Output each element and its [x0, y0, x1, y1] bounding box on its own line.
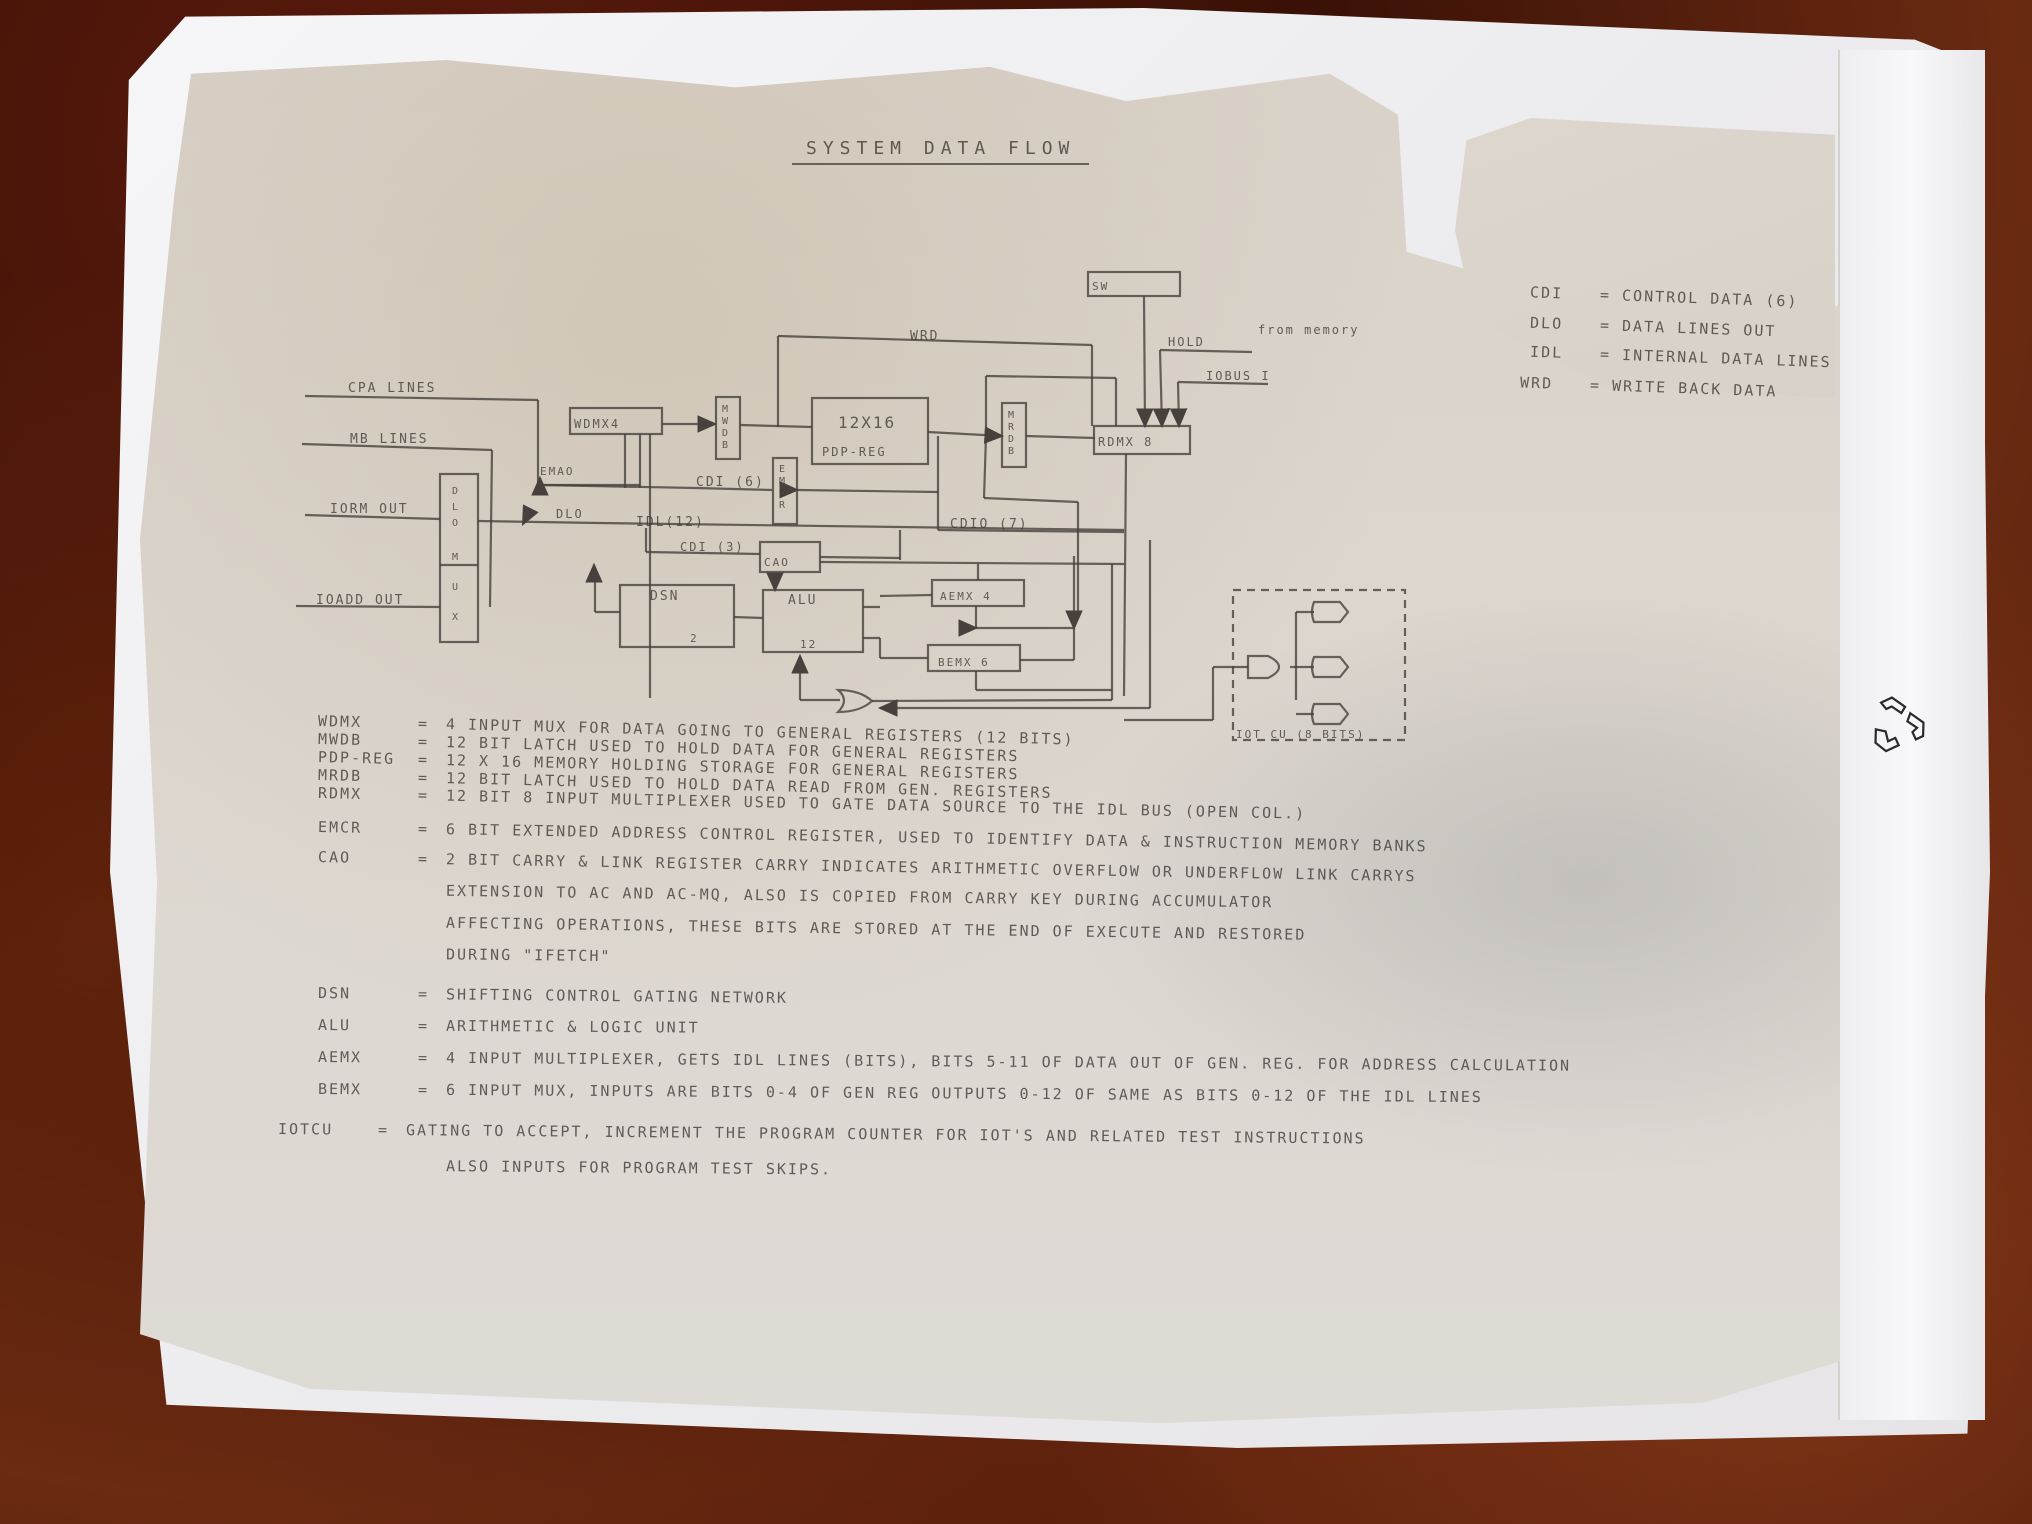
legend-desc: ARITHMETIC & LOGIC UNIT — [446, 1017, 700, 1037]
signal-label: IORM OUT — [330, 502, 409, 517]
svg-text:X: X — [452, 612, 460, 623]
legend-key: PDP-REG — [318, 748, 418, 768]
signal-label: IOBUS I — [1206, 369, 1271, 383]
svg-text:D: D — [452, 486, 460, 497]
signal-label: EMAO — [540, 465, 575, 478]
svg-text:E: E — [779, 464, 787, 475]
svg-text:U: U — [452, 582, 460, 593]
and-gate-icon — [1248, 656, 1279, 678]
block-label: 12 — [800, 638, 817, 651]
legend-desc: SHIFTING CONTROL GATING NETWORK — [446, 985, 788, 1007]
legend-block: WDMX=4 INPUT MUX FOR DATA GOING TO GENER… — [318, 712, 1738, 1174]
signal-label: CPA LINES — [348, 381, 436, 396]
legend-key: CAO — [318, 848, 418, 868]
svg-text:B: B — [722, 440, 730, 451]
and-gate-icon — [1312, 657, 1348, 677]
block-label: 12X16 — [838, 413, 896, 432]
signal-label: MB LINES — [350, 432, 429, 447]
legend-key: EMCR — [318, 818, 418, 838]
block-label: PDP-REG — [822, 445, 887, 459]
and-gate-icon — [1312, 602, 1348, 622]
svg-text:D: D — [722, 428, 730, 439]
signal-label: CDI (6) — [696, 475, 765, 490]
legend-row: AFFECTING OPERATIONS, THESE BITS ARE STO… — [318, 912, 1738, 950]
block-label: SW — [1092, 280, 1109, 293]
signal-label: IOADD OUT — [316, 593, 404, 608]
legend-desc: ALSO INPUTS FOR PROGRAM TEST SKIPS. — [446, 1157, 832, 1178]
block-label: BEMX 6 — [938, 656, 990, 669]
svg-text:O: O — [452, 518, 460, 529]
svg-text:M: M — [452, 552, 460, 563]
legend-key: RDMX — [318, 784, 418, 804]
legend-key: IOTCU — [278, 1120, 378, 1139]
legend-key: WDMX — [318, 712, 418, 732]
svg-text:C: C — [779, 488, 787, 499]
svg-text:M: M — [722, 404, 730, 415]
signal-label: WRD — [910, 329, 939, 344]
svg-text:R: R — [1008, 422, 1016, 433]
svg-text:M: M — [779, 476, 787, 487]
signal-label: IDL(12) — [636, 515, 705, 530]
signal-label: CDIO (7) — [950, 517, 1029, 532]
svg-text:M: M — [1008, 410, 1016, 421]
legend-desc: 6 BIT EXTENDED ADDRESS CONTROL REGISTER,… — [446, 820, 1428, 855]
block-label: 2 — [690, 632, 699, 645]
signal-label: HOLD — [1168, 335, 1205, 349]
svg-text:R: R — [779, 500, 787, 511]
legend-key: ALU — [318, 1016, 418, 1035]
svg-text:D: D — [1008, 434, 1016, 445]
legend-key: MWDB — [318, 730, 418, 750]
block-label: CAO — [764, 556, 790, 569]
legend-desc: DURING "IFETCH" — [446, 945, 612, 965]
signal-label: CDI (3) — [680, 540, 745, 554]
signal-label: DLO — [556, 507, 584, 521]
svg-text:W: W — [722, 416, 730, 427]
or-gate-icon — [838, 690, 872, 712]
block-label: AEMX 4 — [940, 590, 992, 603]
svg-text:B: B — [1008, 446, 1016, 457]
legend-key: BEMX — [318, 1080, 418, 1099]
block-label: DSN — [650, 589, 679, 604]
legend-key: DSN — [318, 984, 418, 1003]
legend-key: AEMX — [318, 1048, 418, 1067]
block-label: ALU — [788, 593, 817, 608]
svg-text:L: L — [452, 502, 460, 513]
signal-label: from memory — [1258, 323, 1359, 337]
block-label: RDMX 8 — [1098, 435, 1153, 449]
block-label: WDMX4 — [574, 417, 620, 431]
